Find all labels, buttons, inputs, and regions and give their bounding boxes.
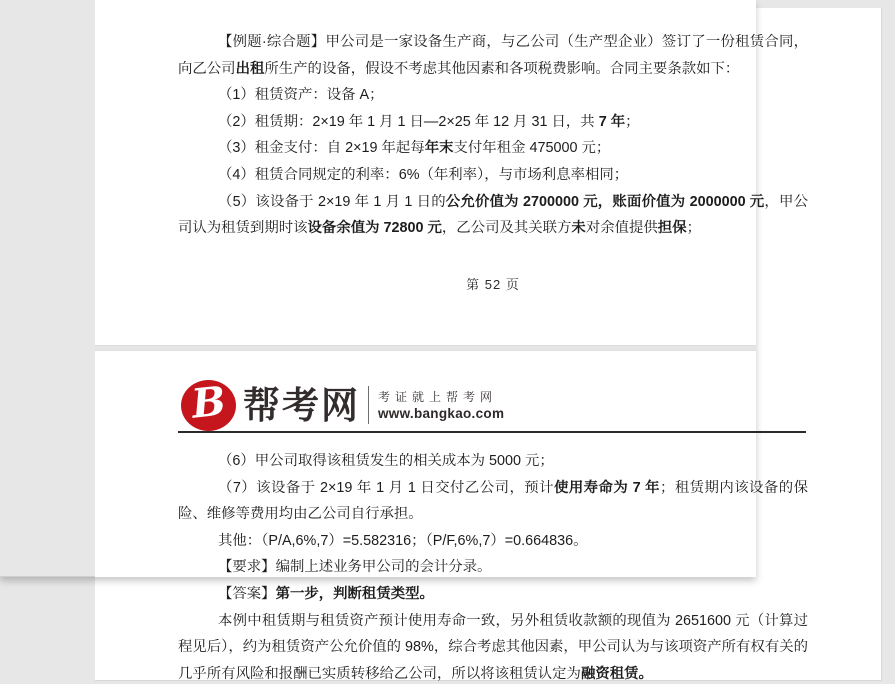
page-number: 第 52 页 xyxy=(178,277,808,292)
paragraph: 【例题·综合题】甲公司是一家设备生产商，与乙公司（生产型企业）签订了一份租赁合同… xyxy=(178,29,808,82)
logo-slogan: 考证就上帮考网 xyxy=(378,389,504,406)
paragraph: （4）租赁合同规定的利率：6%（年利率），与市场利息率相同； xyxy=(178,162,808,189)
bangkao-logo: B 帮考网 考证就上帮考网 www.bangkao.com xyxy=(181,378,504,432)
paragraph: （6）甲公司取得该租赁发生的相关成本为 5000 元； xyxy=(178,448,808,475)
paragraph: 【要求】编制上述业务甲公司的会计分录。 xyxy=(178,554,808,581)
header-divider-rule xyxy=(178,431,806,433)
paragraph: （2）租赁期：2×19 年 1 月 1 日—2×25 年 12 月 31 日，共… xyxy=(178,109,808,136)
paragraph: （5）该设备于 2×19 年 1 月 1 日的公允价值为 2700000 元，账… xyxy=(178,189,808,242)
paragraph: 其他：（P/A,6%,7）=5.582316；（P/F,6%,7）=0.6648… xyxy=(178,528,808,555)
paragraph: （1）租赁资产：设备 A； xyxy=(178,82,808,109)
paragraph: （3）租金支付：自 2×19 年起每年末支付年租金 475000 元； xyxy=(178,135,808,162)
bangkao-brand-name: 帮考网 xyxy=(243,387,360,424)
document-text-layer: 【例题·综合题】甲公司是一家设备生产商，与乙公司（生产型企业）签订了一份租赁合同… xyxy=(0,0,895,684)
paragraph: 本例中租赁期与租赁资产预计使用寿命一致，另外租赁收款额的现值为 2651600 … xyxy=(178,608,808,684)
page2-paragraphs: （6）甲公司取得该租赁发生的相关成本为 5000 元；（7）该设备于 2×19 … xyxy=(178,448,808,684)
paragraph: 【答案】第一步，判断租赁类型。 xyxy=(178,581,808,608)
bangkao-logo-letter: B xyxy=(189,381,227,424)
logo-tagline: 考证就上帮考网 www.bangkao.com xyxy=(378,389,504,422)
logo-divider xyxy=(368,386,369,424)
logo-website: www.bangkao.com xyxy=(378,406,504,422)
bangkao-logo-icon: B xyxy=(181,380,236,431)
page1-paragraphs: 【例题·综合题】甲公司是一家设备生产商，与乙公司（生产型企业）签订了一份租赁合同… xyxy=(178,29,808,242)
paragraph: （7）该设备于 2×19 年 1 月 1 日交付乙公司，预计使用寿命为 7 年；… xyxy=(178,475,808,528)
